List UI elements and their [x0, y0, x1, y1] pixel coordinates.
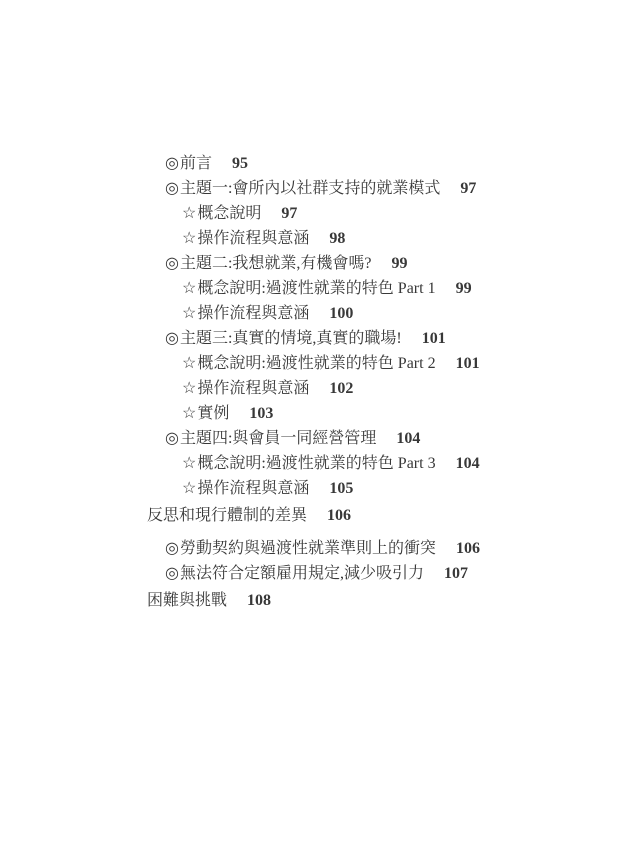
document-page: ◎前言95◎主題一:會所內以社群支持的就業模式97☆概念說明97☆操作流程與意涵… [0, 0, 623, 842]
toc-entry-page-number: 106 [327, 507, 351, 524]
toc-entry: ◎主題二:我想就業,有機會嗎?99 [147, 251, 480, 276]
bullseye-bullet-icon: ◎ [165, 155, 179, 172]
toc-entry-label: 前言 [180, 155, 212, 172]
toc-entry-label: 概念說明:過渡性就業的特色 Part 1 [197, 280, 435, 297]
toc-entry-label: 無法符合定額雇用規定,減少吸引力 [180, 565, 424, 582]
toc-entry-page-number: 99 [456, 280, 472, 297]
toc-entry: ☆操作流程與意涵100 [147, 301, 480, 326]
toc-entry-label: 主題一:會所內以社群支持的就業模式 [180, 180, 440, 197]
toc-entry-label: 概念說明:過渡性就業的特色 Part 2 [197, 355, 435, 372]
toc-entry: 反思和現行體制的差異106 [147, 503, 480, 528]
table-of-contents: ◎前言95◎主題一:會所內以社群支持的就業模式97☆概念說明97☆操作流程與意涵… [147, 151, 480, 621]
toc-entry: ◎主題三:真實的情境,真實的職場!101 [147, 326, 480, 351]
toc-entry-label: 實例 [197, 405, 229, 422]
toc-entry: ☆操作流程與意涵102 [147, 376, 480, 401]
toc-entry: 困難與挑戰108 [147, 588, 480, 613]
toc-entry-label: 主題二:我想就業,有機會嗎? [180, 255, 372, 272]
toc-entry-label: 概念說明:過渡性就業的特色 Part 3 [197, 455, 435, 472]
toc-entry: ◎勞動契約與過渡性就業準則上的衝突106 [147, 536, 480, 561]
toc-entry-label: 反思和現行體制的差異 [147, 507, 307, 524]
toc-entry-page-number: 103 [249, 405, 273, 422]
toc-entry-label: 主題三:真實的情境,真實的職場! [180, 330, 402, 347]
toc-entry-page-number: 95 [232, 155, 248, 172]
star-bullet-icon: ☆ [182, 405, 196, 422]
toc-entry: ☆概念說明:過渡性就業的特色 Part 3104 [147, 451, 480, 476]
toc-entry-page-number: 101 [422, 330, 446, 347]
toc-entry-page-number: 98 [329, 230, 345, 247]
star-bullet-icon: ☆ [182, 305, 196, 322]
toc-entry-label: 概念說明 [197, 205, 261, 222]
bullseye-bullet-icon: ◎ [165, 540, 179, 557]
toc-entry-label: 操作流程與意涵 [197, 480, 309, 497]
toc-entry-page-number: 104 [396, 430, 420, 447]
bullseye-bullet-icon: ◎ [165, 255, 179, 272]
toc-entry: ☆概念說明:過渡性就業的特色 Part 199 [147, 276, 480, 301]
bullseye-bullet-icon: ◎ [165, 430, 179, 447]
toc-entry: ☆概念說明97 [147, 201, 480, 226]
star-bullet-icon: ☆ [182, 480, 196, 497]
toc-entry-label: 操作流程與意涵 [197, 230, 309, 247]
star-bullet-icon: ☆ [182, 380, 196, 397]
toc-entry-label: 困難與挑戰 [147, 592, 227, 609]
toc-entry-page-number: 97 [460, 180, 476, 197]
toc-entry-label: 主題四:與會員一同經營管理 [180, 430, 376, 447]
star-bullet-icon: ☆ [182, 455, 196, 472]
toc-entry-label: 操作流程與意涵 [197, 380, 309, 397]
toc-entry-page-number: 104 [456, 455, 480, 472]
bullseye-bullet-icon: ◎ [165, 180, 179, 197]
toc-entry-page-number: 101 [456, 355, 480, 372]
toc-entry: ☆操作流程與意涵105 [147, 476, 480, 501]
star-bullet-icon: ☆ [182, 355, 196, 372]
toc-entry: ◎無法符合定額雇用規定,減少吸引力107 [147, 561, 480, 586]
star-bullet-icon: ☆ [182, 205, 196, 222]
toc-entry-page-number: 108 [247, 592, 271, 609]
toc-entry-page-number: 97 [281, 205, 297, 222]
toc-entry-page-number: 102 [329, 380, 353, 397]
toc-entry-label: 操作流程與意涵 [197, 305, 309, 322]
star-bullet-icon: ☆ [182, 230, 196, 247]
toc-entry: ◎前言95 [147, 151, 480, 176]
toc-entry-page-number: 100 [329, 305, 353, 322]
star-bullet-icon: ☆ [182, 280, 196, 297]
toc-entry-page-number: 106 [456, 540, 480, 557]
bullseye-bullet-icon: ◎ [165, 330, 179, 347]
toc-entry: ◎主題一:會所內以社群支持的就業模式97 [147, 176, 480, 201]
bullseye-bullet-icon: ◎ [165, 565, 179, 582]
toc-entry-page-number: 107 [444, 565, 468, 582]
toc-entry: ☆實例103 [147, 401, 480, 426]
toc-entry: ☆概念說明:過渡性就業的特色 Part 2101 [147, 351, 480, 376]
toc-entry-page-number: 105 [329, 480, 353, 497]
toc-entry: ◎主題四:與會員一同經營管理104 [147, 426, 480, 451]
toc-entry-label: 勞動契約與過渡性就業準則上的衝突 [180, 540, 436, 557]
toc-entry-page-number: 99 [392, 255, 408, 272]
toc-entry: ☆操作流程與意涵98 [147, 226, 480, 251]
